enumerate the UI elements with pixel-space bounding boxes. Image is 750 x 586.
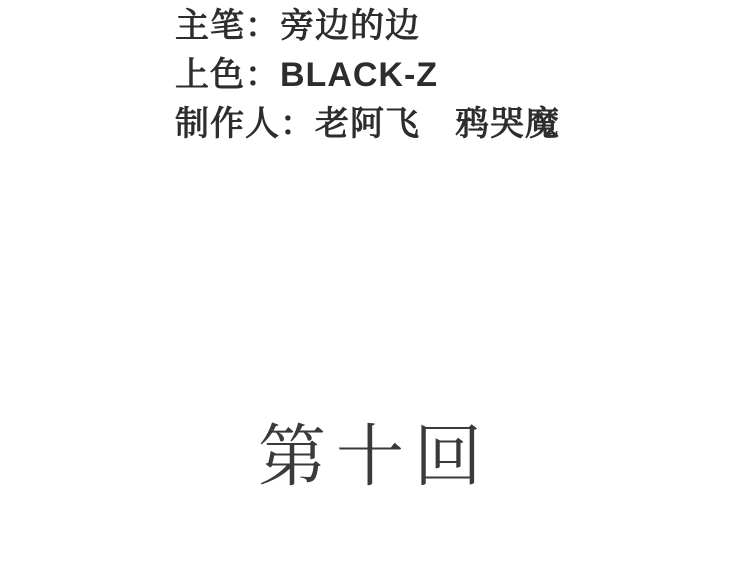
credit-line-lead-artist: 主笔：旁边的边 <box>175 2 560 51</box>
chapter-title: 第十回 <box>0 412 750 504</box>
credit-line-colorist: 上色：BLACK-Z <box>175 51 560 100</box>
credits-block: 主笔：旁边的边 上色：BLACK-Z 制作人：老阿飞 鸦哭魔 <box>175 2 560 149</box>
comic-credits-page: { "page": { "background_color": "#ffffff… <box>0 0 750 586</box>
credit-line-producers: 制作人：老阿飞 鸦哭魔 <box>175 100 560 149</box>
